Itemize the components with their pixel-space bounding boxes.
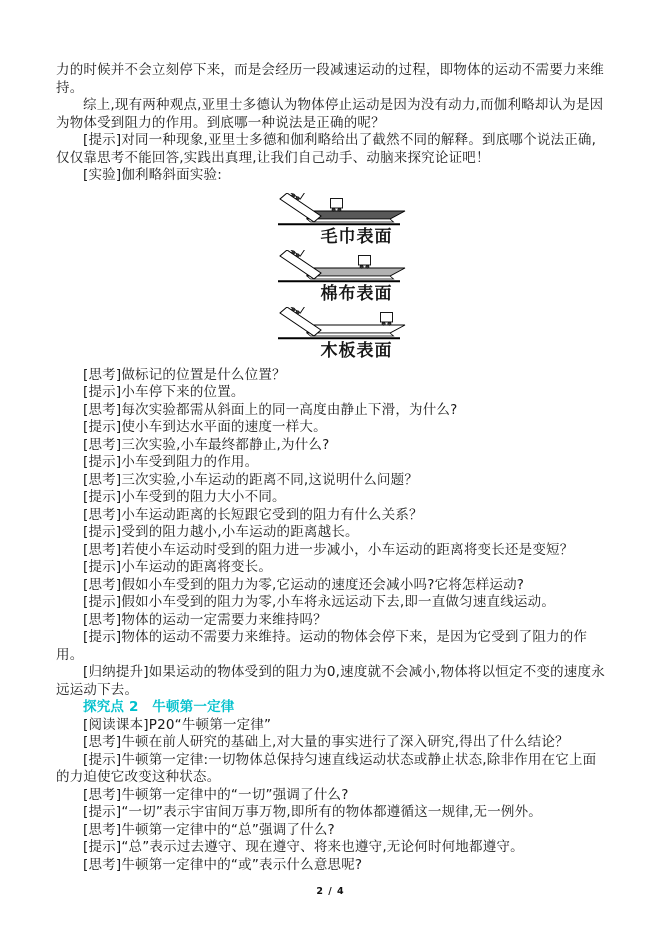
body-paragraph: 力的时候并不会立刻停下来，而是会经历一段减速运动的过程，即物体的运动不需要力来维… [56, 62, 605, 97]
surface-board [307, 268, 405, 276]
surface-label: 棉布表面 [289, 284, 424, 304]
qa-item: [提示]使小车到达水平面的速度一样大。 [56, 419, 605, 437]
surface-label: 木板表面 [289, 341, 424, 361]
incline-diagram-svg [277, 307, 412, 340]
galileo-incline-experiment-figure: 毛巾表面 棉布表面 [56, 193, 605, 361]
hint-paragraph: [提示]对同一种现象,亚里士多德和伽利略给出了截然不同的解释。到底哪个说法正确,… [56, 132, 605, 167]
qa-item: [思考]物体的运动一定需要力来维持吗？ [56, 612, 605, 630]
qa-item: [提示]小车受到阻力的作用。 [56, 454, 605, 472]
qa-item: [思考]牛顿在前人研究的基础上,对大量的事实进行了深入研究,得出了什么结论？ [56, 734, 605, 752]
surface-board [307, 211, 405, 219]
diagram-wood-surface: 木板表面 [277, 307, 412, 361]
summary-item: [归纳提升]如果运动的物体受到的阻力为0,速度就不会减小,物体将以恒定不变的速度… [56, 664, 605, 699]
qa-item: [思考]每次实验都需从斜面上的同一高度由静止下滑，为什么? [56, 402, 605, 420]
diagram-towel-surface: 毛巾表面 [277, 193, 412, 247]
surface-edge [307, 276, 394, 279]
qa-item: [提示]受到的阻力越小,小车运动的距离越长。 [56, 524, 605, 542]
qa-item: [提示]牛顿第一定律:一切物体总保持匀速直线运动状态或静止状态,除非作用在它上面… [56, 752, 605, 787]
incline-diagram-svg [277, 193, 412, 226]
qa-item: [思考]三次实验,小车最终都静止,为什么? [56, 437, 605, 455]
qa-item: [提示]小车运动的距离将变长。 [56, 559, 605, 577]
qa-item: [思考]牛顿第一定律中的“或”表示什么意思呢? [56, 857, 605, 875]
qa-item: [提示]“总”表示过去遵守、现在遵守、将来也遵守,无论何时何地都遵守。 [56, 839, 605, 857]
qa-item: [提示]小车受到的阻力大小不同。 [56, 489, 605, 507]
section-heading: 探究点 2 牛顿第一定律 [56, 699, 605, 717]
qa-item: [思考]做标记的位置是什么位置？ [56, 367, 605, 385]
qa-item: [思考]小车运动距离的长短跟它受到的阻力有什么关系？ [56, 507, 605, 525]
qa-item: [提示]“一切”表示宇宙间万事万物,即所有的物体都遵循这一规律,无一例外。 [56, 804, 605, 822]
body-paragraph: 综上,现有两种观点,亚里士多德认为物体停止运动是因为没有动力,而伽利略却认为是因… [56, 97, 605, 132]
qa-item: [思考]假如小车受到的阻力为零,它运动的速度还会减小吗?它将怎样运动? [56, 577, 605, 595]
qa-item: [提示]物体的运动不需要力来维持。运动的物体会停下来，是因为它受到了阻力的作用。 [56, 629, 605, 664]
surface-edge [307, 333, 394, 336]
qa-item: [提示]假如小车受到的阻力为零,小车将永远运动下去,即一直做匀速直线运动。 [56, 594, 605, 612]
diagram-cotton-surface: 棉布表面 [277, 250, 412, 304]
incline-diagram-svg [277, 250, 412, 283]
cart-on-surface-icon [331, 198, 343, 211]
document-page: 力的时候并不会立刻停下来，而是会经历一段减速运动的过程，即物体的运动不需要力来维… [56, 62, 605, 874]
surface-board [307, 325, 405, 333]
page-number: 2 / 4 [0, 886, 661, 897]
qa-item: [阅读课本]P20“牛顿第一定律” [56, 717, 605, 735]
qa-item: [思考]牛顿第一定律中的“一切”强调了什么? [56, 787, 605, 805]
surface-label: 毛巾表面 [289, 227, 424, 247]
qa-item: [思考]三次实验,小车运动的距离不同,这说明什么问题？ [56, 472, 605, 490]
qa-item: [思考]若使小车运动时受到的阻力进一步减小，小车运动的距离将变长还是变短？ [56, 542, 605, 560]
cart-on-surface-icon [381, 312, 393, 325]
experiment-paragraph: [实验]伽利略斜面实验: [56, 167, 605, 185]
surface-edge [307, 219, 394, 222]
cart-on-surface-icon [359, 255, 371, 268]
qa-item: [思考]牛顿第一定律中的“总”强调了什么? [56, 822, 605, 840]
qa-item: [提示]小车停下来的位置。 [56, 384, 605, 402]
